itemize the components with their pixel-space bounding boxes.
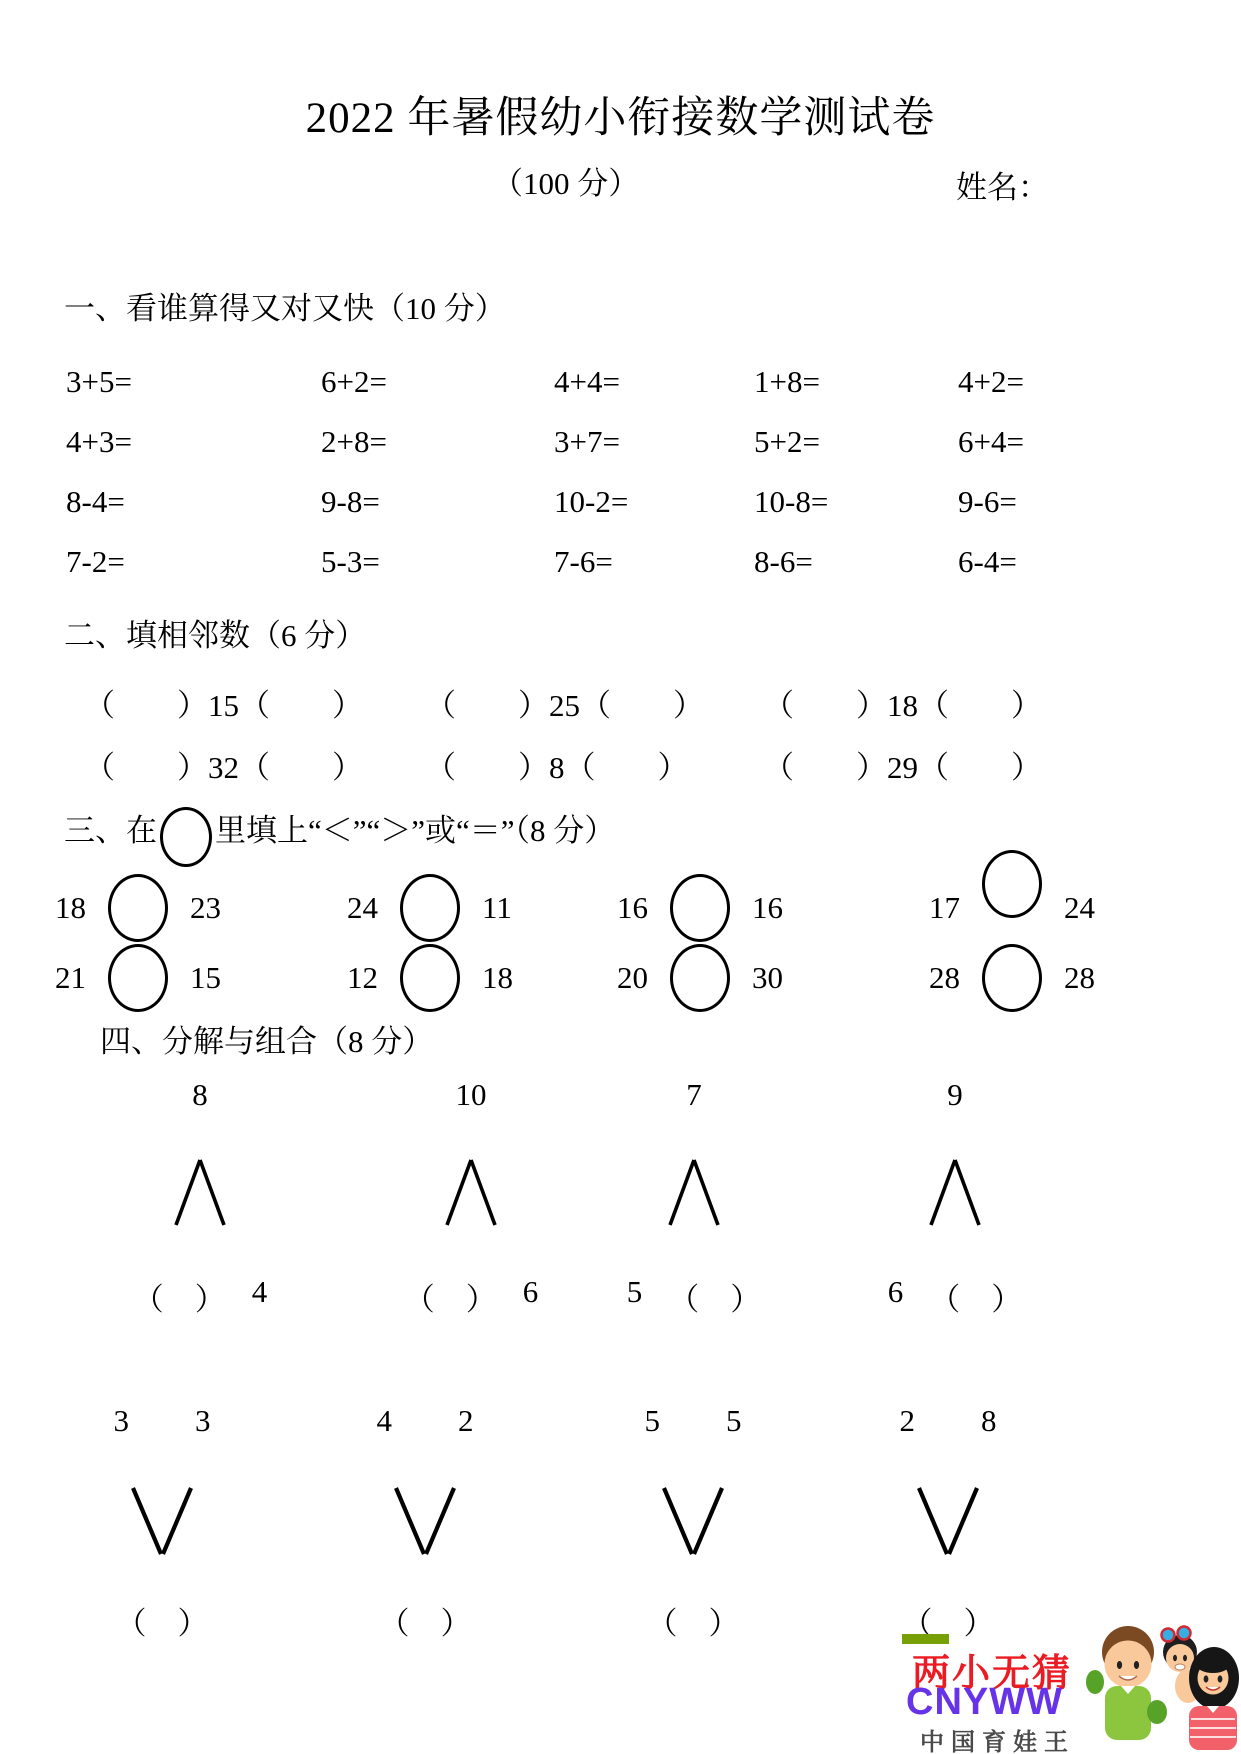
arithmetic-problem: 6+4= [958,424,1216,484]
arithmetic-problem: 4+4= [554,364,754,424]
comparison-left-value: 24 [347,890,378,926]
comparison-item: 18 23 [55,874,347,942]
comparison-right-value: 11 [482,890,512,926]
comparison-right-value: 30 [752,960,783,996]
neighbor-number-item: （ ）18（ ） [763,680,1224,725]
arithmetic-problem: 10-2= [554,484,754,544]
arithmetic-problem: 3+7= [554,424,754,484]
arithmetic-problem: 9-8= [321,484,554,544]
compose-branches-icon [913,1484,983,1558]
arithmetic-problem: 7-2= [66,544,321,604]
decompose-group: 8 （ ） 4 [90,1076,310,1319]
answer-circle [670,874,730,942]
arithmetic-problem: 8-6= [754,544,958,604]
decompose-group: 7 5 （ ） [584,1076,804,1319]
compose-branches-icon [390,1484,460,1558]
compose-part-left: 4 [377,1402,393,1440]
page-title: 2022 年暑假幼小衔接数学测试卷 [0,84,1241,145]
decompose-branches-icon [438,1156,504,1228]
comparison-item: 12 18 [347,944,617,1012]
decompose-total: 7 [686,1076,702,1114]
arithmetic-problem: 10-8= [754,484,958,544]
arithmetic-problem: 4+2= [958,364,1216,424]
arithmetic-problem: 1+8= [754,364,958,424]
section3-heading: 三、在 里填上“＜”“＞”或“＝”（8 分） [64,797,615,857]
arithmetic-problem: 5+2= [754,424,958,484]
comparison-left-value: 12 [347,960,378,996]
arithmetic-problem: 9-6= [958,484,1216,544]
score-label: （100 分） [492,158,639,203]
neighbor-number-item: （ ）32（ ） [84,742,425,787]
neighbor-number-item: （ ）25（ ） [425,680,763,725]
comparison-left-value: 17 [929,890,960,926]
arithmetic-problem: 5-3= [321,544,554,604]
comparison-item: 16 16 [617,874,929,942]
comparison-item: 28 28 [929,944,1215,1012]
decompose-part-right: 6 [523,1274,539,1319]
compose-group: 2 8 （ ） [838,1402,1058,1643]
compose-part-right: 8 [981,1402,997,1440]
answer-circle [400,944,460,1012]
compose-part-left: 2 [900,1402,916,1440]
comparison-right-value: 24 [1064,890,1095,926]
arithmetic-problem: 3+5= [66,364,321,424]
decompose-branches-icon [661,1156,727,1228]
compose-part-right: 5 [726,1402,742,1440]
compose-branches-icon [658,1484,728,1558]
comparison-item: 24 11 [347,874,617,942]
comparison-row: 18 23 24 11 16 16 17 24 [55,874,1215,942]
compose-answer-blank: （ ） [379,1598,472,1643]
answer-circle [400,874,460,942]
section1-problem-grid: 3+5= 6+2= 4+4= 1+8= 4+2= 4+3= 2+8= 3+7= … [66,364,1216,604]
comparison-left-value: 18 [55,890,86,926]
watermark-tagline: 中国育娃王 [920,1722,1075,1754]
comparison-left-value: 21 [55,960,86,996]
comparison-right-value: 15 [190,960,221,996]
comparison-item: 20 30 [617,944,929,1012]
neighbor-numbers-row: （ ）15（ ） （ ）25（ ） （ ）18（ ） [84,680,1224,725]
answer-circle [108,944,168,1012]
compose-group: 5 5 （ ） [583,1402,803,1643]
comparison-row: 21 15 12 18 20 30 28 28 [55,944,1215,1012]
watermark-logo: 两小无猜 CNYWW 中国育娃王 [890,1620,1241,1754]
compose-answer-blank: （ ） [116,1598,209,1643]
decompose-part-left: （ ） [133,1274,226,1319]
compose-group: 4 2 （ ） [315,1402,535,1643]
neighbor-numbers-row: （ ）32（ ） （ ）8（ ） （ ）29（ ） [84,742,1224,787]
neighbor-number-item: （ ）29（ ） [763,742,1224,787]
arithmetic-problem: 6+2= [321,364,554,424]
arithmetic-problem: 7-6= [554,544,754,604]
decompose-branches-icon [922,1156,988,1228]
comparison-right-value: 28 [1064,960,1095,996]
decompose-group: 10 （ ） 6 [361,1076,581,1319]
name-label: 姓名： [956,162,1049,207]
comparison-left-value: 28 [929,960,960,996]
decompose-part-left: 5 [627,1274,643,1319]
decompose-part-right: （ ） [668,1274,761,1319]
neighbor-number-item: （ ）8（ ） [425,742,763,787]
answer-circle [108,874,168,942]
comparison-item: 21 15 [55,944,347,1012]
decompose-total: 9 [947,1076,963,1114]
comparison-item: 17 24 [929,874,1215,942]
section3-heading-suffix: 里填上“＜”“＞”或“＝”（8 分） [215,805,615,850]
compose-branches-icon [127,1484,197,1558]
section3-heading-prefix: 三、在 [64,805,157,850]
answer-circle [982,944,1042,1012]
worksheet-page: 2022 年暑假幼小衔接数学测试卷 （100 分） 姓名： 一、看谁算得又对又快… [0,0,1241,1754]
compose-part-right: 3 [195,1402,211,1440]
arithmetic-problem: 4+3= [66,424,321,484]
answer-circle [670,944,730,1012]
compose-part-left: 3 [114,1402,130,1440]
comparison-left-value: 20 [617,960,648,996]
compose-part-right: 2 [458,1402,474,1440]
decompose-part-left: 6 [888,1274,904,1319]
decompose-part-left: （ ） [404,1274,497,1319]
section2-heading: 二、填相邻数（6 分） [64,610,366,655]
arithmetic-problem: 2+8= [321,424,554,484]
decompose-total: 8 [192,1076,208,1114]
decompose-part-right: 4 [252,1274,268,1319]
decompose-branches-icon [167,1156,233,1228]
family-cartoon-graphic [1083,1622,1241,1750]
answer-circle [982,850,1042,918]
comparison-right-value: 16 [752,890,783,926]
comparison-left-value: 16 [617,890,648,926]
arithmetic-problem: 6-4= [958,544,1216,604]
compose-part-left: 5 [645,1402,661,1440]
decompose-part-right: （ ） [929,1274,1022,1319]
decompose-total: 10 [456,1076,487,1114]
decompose-group: 9 6 （ ） [845,1076,1065,1319]
watermark-site: CNYWW [906,1681,1063,1724]
compose-group: 3 3 （ ） [52,1402,272,1643]
comparison-right-value: 23 [190,890,221,926]
neighbor-number-item: （ ）15（ ） [84,680,425,725]
arithmetic-problem: 8-4= [66,484,321,544]
blank-circle-icon [160,807,212,867]
section1-heading: 一、看谁算得又对又快（10 分） [64,283,506,328]
comparison-right-value: 18 [482,960,513,996]
compose-answer-blank: （ ） [647,1598,740,1643]
section4-heading: 四、分解与组合（8 分） [100,1016,433,1061]
